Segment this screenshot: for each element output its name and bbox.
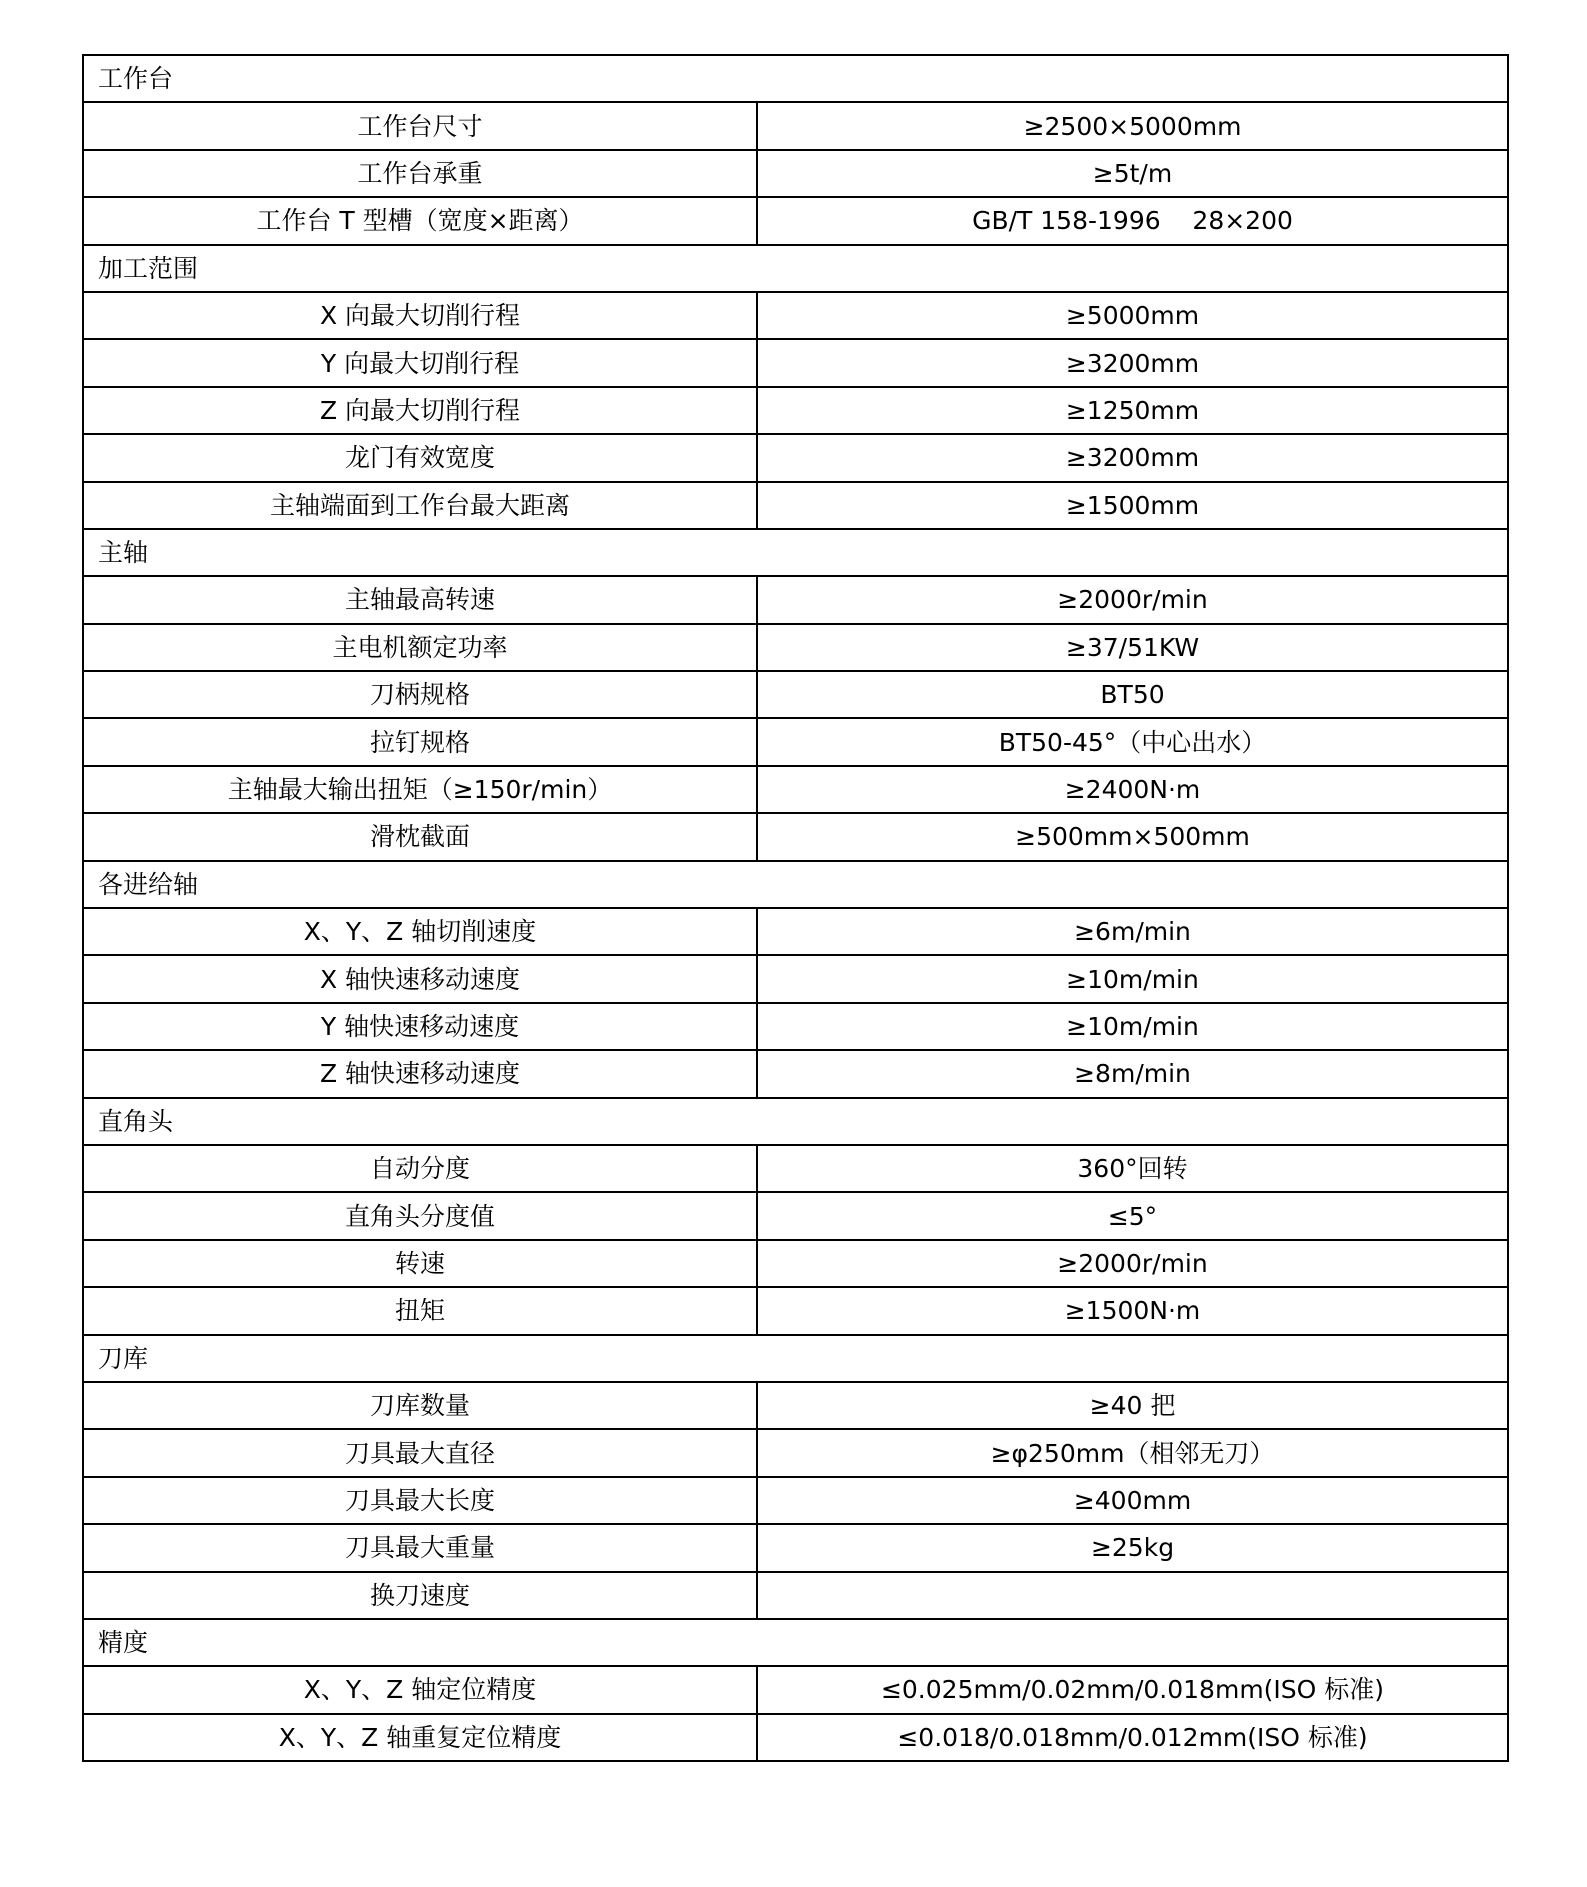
table-row: X 向最大切削行程 ≥5000mm xyxy=(83,292,1508,339)
param-label: 刀具最大重量 xyxy=(83,1524,757,1571)
table-row: 主轴最大输出扭矩（≥150r/min） ≥2400N·m xyxy=(83,766,1508,813)
param-value: ≥2400N·m xyxy=(757,766,1508,813)
section-title: 工作台 xyxy=(83,55,1508,102)
section-header-row: 刀库 xyxy=(83,1335,1508,1382)
table-row: 滑枕截面 ≥500mm×500mm xyxy=(83,813,1508,860)
param-value: ≥37/51KW xyxy=(757,624,1508,671)
table-row: X、Y、Z 轴重复定位精度 ≤0.018/0.018mm/0.012mm(ISO… xyxy=(83,1714,1508,1761)
table-row: 扭矩 ≥1500N·m xyxy=(83,1287,1508,1334)
param-value: ≥5t/m xyxy=(757,150,1508,197)
table-row: X、Y、Z 轴定位精度 ≤0.025mm/0.02mm/0.018mm(ISO … xyxy=(83,1666,1508,1713)
table-row: 换刀速度 xyxy=(83,1572,1508,1619)
param-value: ≥1250mm xyxy=(757,387,1508,434)
table-row: X、Y、Z 轴切削速度 ≥6m/min xyxy=(83,908,1508,955)
param-label: Y 向最大切削行程 xyxy=(83,339,757,386)
table-row: 主轴最高转速 ≥2000r/min xyxy=(83,576,1508,623)
param-label: 拉钉规格 xyxy=(83,718,757,765)
param-label: X 向最大切削行程 xyxy=(83,292,757,339)
param-value: ≤0.025mm/0.02mm/0.018mm(ISO 标准) xyxy=(757,1666,1508,1713)
param-value: ≥10m/min xyxy=(757,1003,1508,1050)
table-row: 自动分度 360°回转 xyxy=(83,1145,1508,1192)
param-label: 刀具最大直径 xyxy=(83,1429,757,1476)
param-value: ≥500mm×500mm xyxy=(757,813,1508,860)
table-row: 转速 ≥2000r/min xyxy=(83,1240,1508,1287)
section-title: 刀库 xyxy=(83,1335,1508,1382)
param-value: ≥3200mm xyxy=(757,434,1508,481)
param-value: 360°回转 xyxy=(757,1145,1508,1192)
param-label: X 轴快速移动速度 xyxy=(83,955,757,1002)
table-row: Y 轴快速移动速度 ≥10m/min xyxy=(83,1003,1508,1050)
param-label: X、Y、Z 轴定位精度 xyxy=(83,1666,757,1713)
param-label: Z 轴快速移动速度 xyxy=(83,1050,757,1097)
param-label: X、Y、Z 轴重复定位精度 xyxy=(83,1714,757,1761)
param-label: 主轴端面到工作台最大距离 xyxy=(83,482,757,529)
table-row: 工作台尺寸 ≥2500×5000mm xyxy=(83,102,1508,149)
param-value: ≤0.018/0.018mm/0.012mm(ISO 标准) xyxy=(757,1714,1508,1761)
param-value: ≥1500mm xyxy=(757,482,1508,529)
param-label: 工作台尺寸 xyxy=(83,102,757,149)
param-value: ≥1500N·m xyxy=(757,1287,1508,1334)
param-label: 滑枕截面 xyxy=(83,813,757,860)
param-value: GB/T 158-1996 28×200 xyxy=(757,197,1508,244)
param-value: ≥40 把 xyxy=(757,1382,1508,1429)
table-row: 工作台承重 ≥5t/m xyxy=(83,150,1508,197)
param-label: 自动分度 xyxy=(83,1145,757,1192)
table-row: 刀柄规格 BT50 xyxy=(83,671,1508,718)
param-label: 工作台 T 型槽（宽度×距离） xyxy=(83,197,757,244)
table-row: 刀具最大长度 ≥400mm xyxy=(83,1477,1508,1524)
table-row: 工作台 T 型槽（宽度×距离） GB/T 158-1996 28×200 xyxy=(83,197,1508,244)
param-label: 主电机额定功率 xyxy=(83,624,757,671)
table-row: 龙门有效宽度 ≥3200mm xyxy=(83,434,1508,481)
param-label: X、Y、Z 轴切削速度 xyxy=(83,908,757,955)
table-row: 直角头分度值 ≤5° xyxy=(83,1192,1508,1239)
param-value xyxy=(757,1572,1508,1619)
param-value: ≥8m/min xyxy=(757,1050,1508,1097)
param-label: 扭矩 xyxy=(83,1287,757,1334)
param-value: ≥2500×5000mm xyxy=(757,102,1508,149)
param-label: 换刀速度 xyxy=(83,1572,757,1619)
table-row: Z 向最大切削行程 ≥1250mm xyxy=(83,387,1508,434)
param-label: 刀具最大长度 xyxy=(83,1477,757,1524)
table-row: 主电机额定功率 ≥37/51KW xyxy=(83,624,1508,671)
section-header-row: 工作台 xyxy=(83,55,1508,102)
param-label: 龙门有效宽度 xyxy=(83,434,757,481)
section-header-row: 主轴 xyxy=(83,529,1508,576)
param-label: 刀库数量 xyxy=(83,1382,757,1429)
param-value: ≥5000mm xyxy=(757,292,1508,339)
param-value: ≥φ250mm（相邻无刀） xyxy=(757,1429,1508,1476)
param-label: 主轴最大输出扭矩（≥150r/min） xyxy=(83,766,757,813)
table-row: 主轴端面到工作台最大距离 ≥1500mm xyxy=(83,482,1508,529)
param-value: ≥10m/min xyxy=(757,955,1508,1002)
param-value: BT50 xyxy=(757,671,1508,718)
table-row: 刀具最大直径 ≥φ250mm（相邻无刀） xyxy=(83,1429,1508,1476)
section-header-row: 精度 xyxy=(83,1619,1508,1666)
section-title: 直角头 xyxy=(83,1098,1508,1145)
param-label: 刀柄规格 xyxy=(83,671,757,718)
spec-table: 工作台 工作台尺寸 ≥2500×5000mm 工作台承重 ≥5t/m 工作台 T… xyxy=(82,54,1509,1762)
param-label: 工作台承重 xyxy=(83,150,757,197)
param-value: ≤5° xyxy=(757,1192,1508,1239)
section-title: 主轴 xyxy=(83,529,1508,576)
param-value: ≥400mm xyxy=(757,1477,1508,1524)
table-row: 刀库数量 ≥40 把 xyxy=(83,1382,1508,1429)
param-label: Y 轴快速移动速度 xyxy=(83,1003,757,1050)
section-header-row: 直角头 xyxy=(83,1098,1508,1145)
param-label: 主轴最高转速 xyxy=(83,576,757,623)
section-header-row: 加工范围 xyxy=(83,245,1508,292)
param-label: 转速 xyxy=(83,1240,757,1287)
param-value: ≥25kg xyxy=(757,1524,1508,1571)
section-title: 加工范围 xyxy=(83,245,1508,292)
param-value: ≥6m/min xyxy=(757,908,1508,955)
table-row: X 轴快速移动速度 ≥10m/min xyxy=(83,955,1508,1002)
param-value: ≥2000r/min xyxy=(757,1240,1508,1287)
section-header-row: 各进给轴 xyxy=(83,861,1508,908)
param-value: ≥2000r/min xyxy=(757,576,1508,623)
param-label: 直角头分度值 xyxy=(83,1192,757,1239)
section-title: 精度 xyxy=(83,1619,1508,1666)
table-row: Z 轴快速移动速度 ≥8m/min xyxy=(83,1050,1508,1097)
param-value: ≥3200mm xyxy=(757,339,1508,386)
param-value: BT50-45°（中心出水） xyxy=(757,718,1508,765)
table-row: 刀具最大重量 ≥25kg xyxy=(83,1524,1508,1571)
table-row: Y 向最大切削行程 ≥3200mm xyxy=(83,339,1508,386)
param-label: Z 向最大切削行程 xyxy=(83,387,757,434)
section-title: 各进给轴 xyxy=(83,861,1508,908)
table-row: 拉钉规格 BT50-45°（中心出水） xyxy=(83,718,1508,765)
